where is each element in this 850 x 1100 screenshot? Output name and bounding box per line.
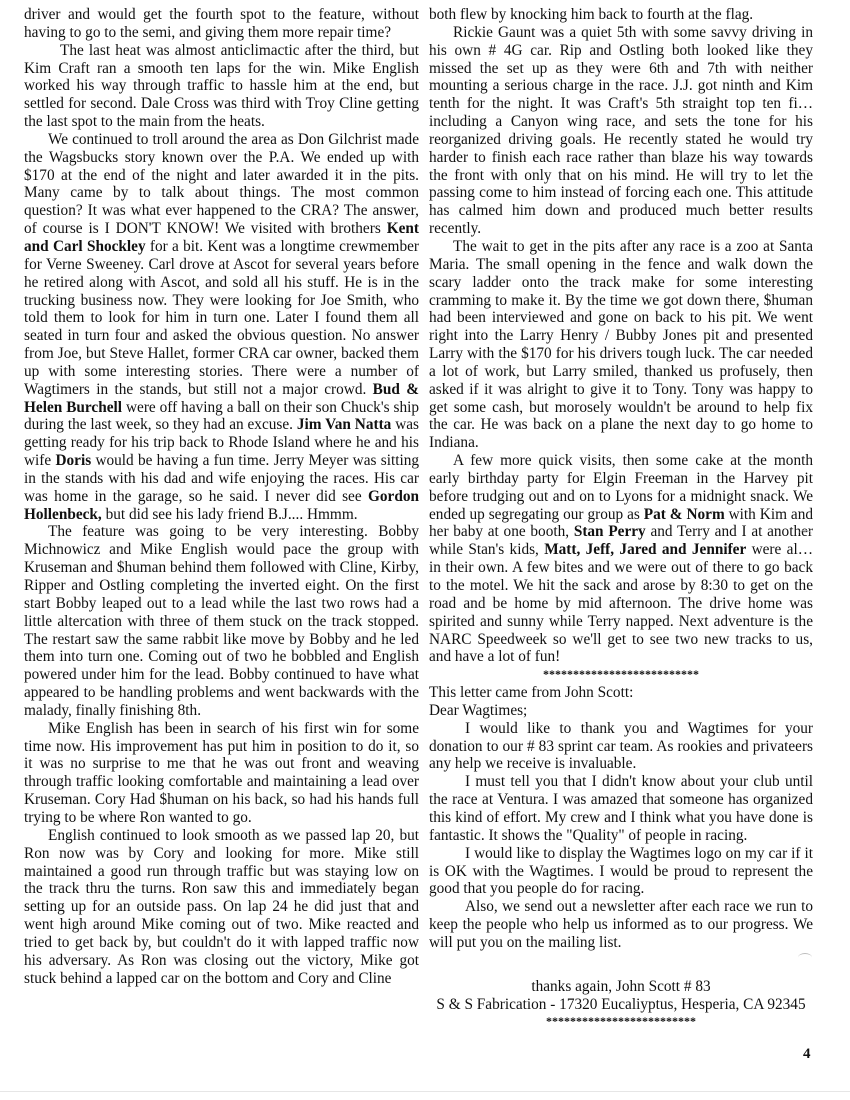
paragraph-rickie-gaunt: Rickie Gaunt was a quiet 5th with some s… xyxy=(429,24,813,238)
left-column: driver and would get the fourth spot to … xyxy=(24,6,419,987)
letter-paragraph-thanks: I would like to thank you and Wagtimes f… xyxy=(429,720,813,774)
name-kids: Matt, Jeff, Jared and Jennifer xyxy=(544,541,746,558)
paragraph-wagsbucks: We continued to troll around the area as… xyxy=(24,131,419,524)
right-column: both flew by knocking him back to fourth… xyxy=(429,6,813,1031)
spacer xyxy=(429,952,813,978)
letter-paragraph-newsletter: Also, we send out a newsletter after eac… xyxy=(429,898,813,952)
scan-edge-line xyxy=(0,1091,850,1092)
name-stan-perry: Stan Perry xyxy=(574,523,646,540)
name-van-natta: Jim Van Natta xyxy=(297,416,391,433)
name-doris: Doris xyxy=(55,452,91,469)
scan-artifact xyxy=(798,530,812,539)
paragraph-pits: The wait to get in the pits after any ra… xyxy=(429,238,813,452)
paragraph-last-heat: The last heat was almost anticlimactic a… xyxy=(24,42,419,131)
paragraph-mike-english: Mike English has been in search of his f… xyxy=(24,720,419,827)
letter-address: S & S Fabrication - 17320 Eucaliyptus, H… xyxy=(429,996,813,1014)
paragraph-continued-heat: driver and would get the fourth spot to … xyxy=(24,6,419,42)
letter-paragraph-logo: I would like to display the Wagtimes log… xyxy=(429,845,813,899)
letter-paragraph-club: I must tell you that I didn't know about… xyxy=(429,773,813,844)
paragraph-feature: The feature was going to be very interes… xyxy=(24,523,419,719)
paragraph-quick-visits: A few more quick visits, then some cake … xyxy=(429,452,813,666)
newsletter-page: driver and would get the fourth spot to … xyxy=(0,0,850,1100)
name-pat-norm: Pat & Norm xyxy=(644,506,725,523)
separator-stars-end: ************************* xyxy=(429,1013,813,1031)
letter-salutation: Dear Wagtimes; xyxy=(429,702,813,720)
paragraph-flag-finish: both flew by knocking him back to fourth… xyxy=(429,6,813,24)
scan-artifact xyxy=(798,170,812,179)
letter-signoff: thanks again, John Scott # 83 xyxy=(429,978,813,996)
separator-stars: ************************** xyxy=(429,666,813,684)
letter-intro: This letter came from John Scott: xyxy=(429,684,813,702)
page-number: 4 xyxy=(803,1046,811,1064)
scan-artifact xyxy=(798,953,812,962)
paragraph-lap-20: English continued to look smooth as we p… xyxy=(24,827,419,988)
